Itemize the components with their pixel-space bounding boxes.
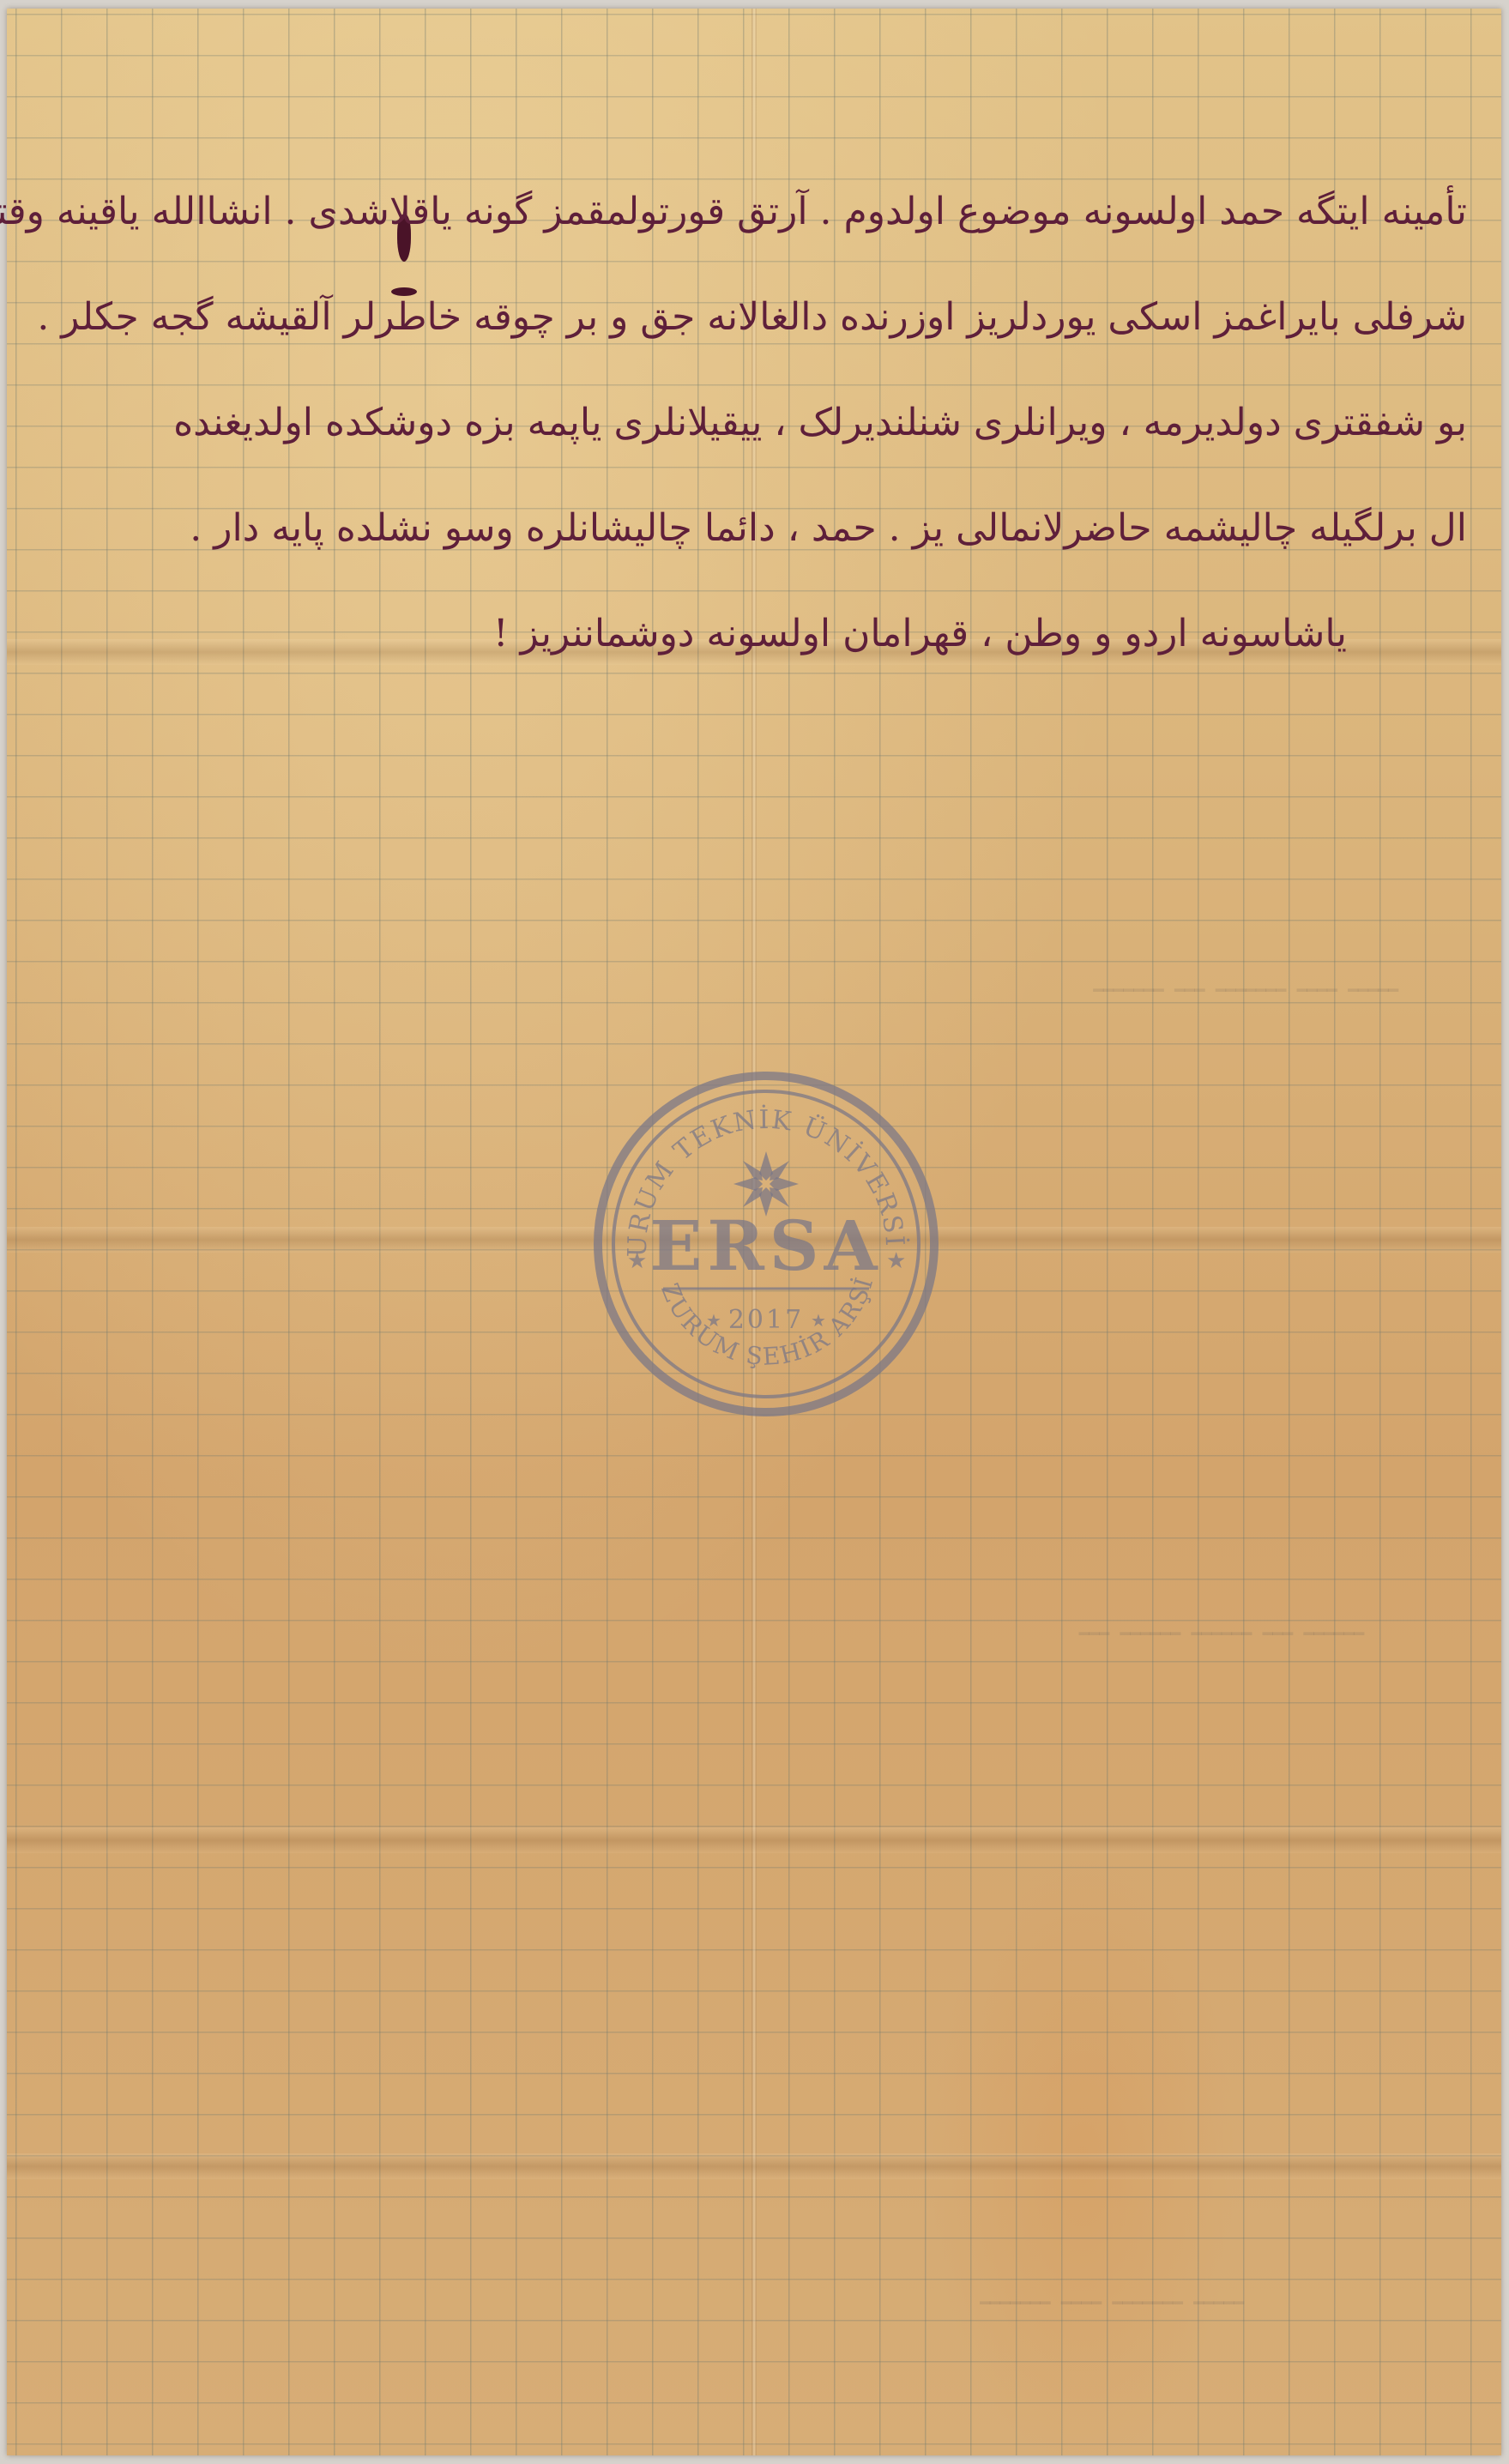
bleed-through-text: ـــــ ـــــــ ــــ ـــــــ bbox=[980, 2274, 1244, 2313]
stamp-center-text: ERSA bbox=[649, 1205, 882, 1286]
star-icon: ★ bbox=[706, 1310, 721, 1331]
letter-line-1: تأمینه ایتگه حمد اولسونه موضوع اولدوم . … bbox=[180, 159, 1467, 264]
letter-line-5: یاشاسونه اردو و وطن ، قهرامان اولسونه دو… bbox=[180, 581, 1467, 686]
stamp-year: 2017 bbox=[728, 1305, 804, 1335]
bleed-through-text: ــــــ ـــ ــــــ ــــــ ـــ bbox=[1079, 1604, 1364, 1644]
horizontal-fold bbox=[7, 2153, 1501, 2179]
letter-line-3: بو شفقتری دولدیرمه ، ویرانلری شنلندیرلک … bbox=[180, 370, 1467, 475]
archive-stamp: ERZURUM TEKNİK ÜNİVERSİTESİ ERZURUM ŞEHİ… bbox=[586, 1064, 946, 1424]
star-icon: ★ bbox=[886, 1248, 906, 1274]
letter-line-2: شرفلی بایراغمز اسکی یوردلریز اوزرنده دال… bbox=[180, 264, 1467, 370]
star-icon: ★ bbox=[811, 1310, 826, 1331]
letter-page: ـــــ ــــ ـــــــ ـــ ـــــــ ــــــ ــ… bbox=[7, 9, 1501, 2455]
letter-body: تأمینه ایتگه حمد اولسونه موضوع اولدوم . … bbox=[180, 159, 1467, 686]
star-icon: ★ bbox=[627, 1248, 647, 1274]
letter-line-4: ال برلگیله چالیشمه حاضرلانمالی یز . حمد … bbox=[180, 475, 1467, 581]
horizontal-fold bbox=[7, 1827, 1501, 1853]
bleed-through-text: ـــــ ــــ ـــــــ ـــ ـــــــ bbox=[1093, 961, 1398, 1000]
